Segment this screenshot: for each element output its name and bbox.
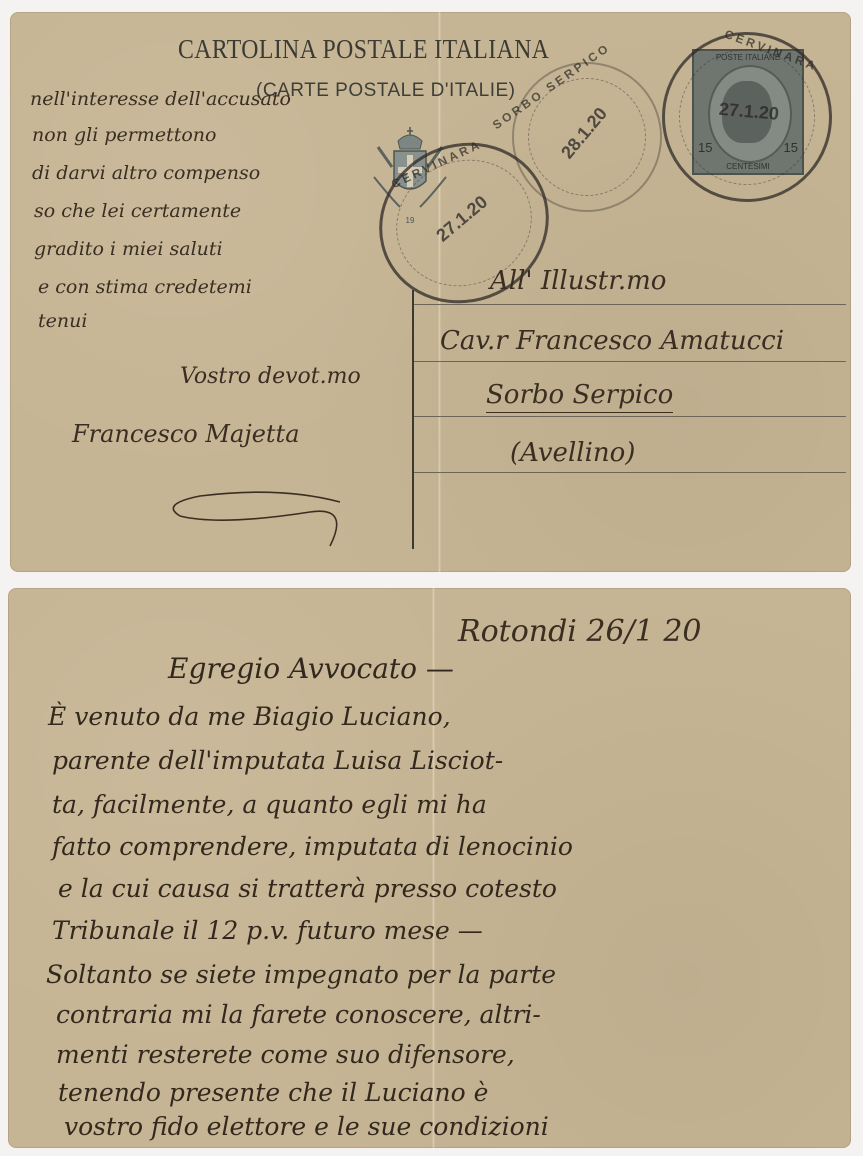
letter-line: parente dell'imputata Luisa Lisciot- xyxy=(52,746,503,775)
message-line: e con stima credetemi xyxy=(38,276,252,298)
message-line: so che lei certamente xyxy=(34,200,241,222)
message-line: nell'interesse dell'accusato xyxy=(30,88,291,110)
address-rule xyxy=(414,416,846,417)
letter-line: ta, facilmente, a quanto egli mi ha xyxy=(52,790,487,819)
postcard-front: CARTOLINA POSTALE ITALIANA (CARTE POSTAL… xyxy=(10,12,851,572)
signature-flourish-icon xyxy=(160,482,360,562)
signature: Francesco Majetta xyxy=(72,420,300,448)
salutation: Egregio Avvocato — xyxy=(168,652,454,685)
address-rule xyxy=(414,361,846,362)
letter-line: e la cui causa si tratterà presso cotest… xyxy=(58,874,557,903)
letter-line: vostro fido elettore e le sue condizioni xyxy=(64,1112,549,1141)
letter-line: Soltanto se siete impegnato per la parte xyxy=(46,960,556,989)
letter-line: fatto comprendere, imputata di lenocinio xyxy=(52,832,573,861)
letter-line: contraria mi la farete conoscere, altri- xyxy=(56,1000,541,1029)
message-line: di darvi altro compenso xyxy=(32,162,260,184)
message-line: tenui xyxy=(38,310,87,332)
message-line: gradito i miei saluti xyxy=(34,238,223,260)
address-divider xyxy=(412,290,414,549)
letter-line: menti resterete come suo difensore, xyxy=(56,1040,515,1069)
card-title: CARTOLINA POSTALE ITALIANA xyxy=(178,34,549,65)
postcard-back: Rotondi 26/1 20 Egregio Avvocato — È ven… xyxy=(8,588,851,1148)
letter-line: tenendo presente che il Luciano è xyxy=(58,1078,488,1107)
closing-text: Vostro devot.mo xyxy=(180,364,361,389)
dateline: Rotondi 26/1 20 xyxy=(458,614,702,649)
letter-line: Tribunale il 12 p.v. futuro mese — xyxy=(52,916,483,945)
letter-line: È venuto da me Biagio Luciano, xyxy=(48,702,451,731)
address-rule xyxy=(414,472,846,473)
postmark-cervinara-main: CERVINARA 27.1.20 xyxy=(638,8,856,226)
address-line-3: Sorbo Serpico xyxy=(486,380,673,413)
address-line-1: All' Illustr.mo xyxy=(490,266,666,296)
address-rule xyxy=(414,304,846,305)
address-line-4: (Avellino) xyxy=(510,438,635,468)
address-line-2: Cav.r Francesco Amatucci xyxy=(440,326,784,356)
message-line: non gli permettono xyxy=(32,124,216,146)
card-subtitle: (CARTE POSTALE D'ITALIE) xyxy=(256,80,516,102)
